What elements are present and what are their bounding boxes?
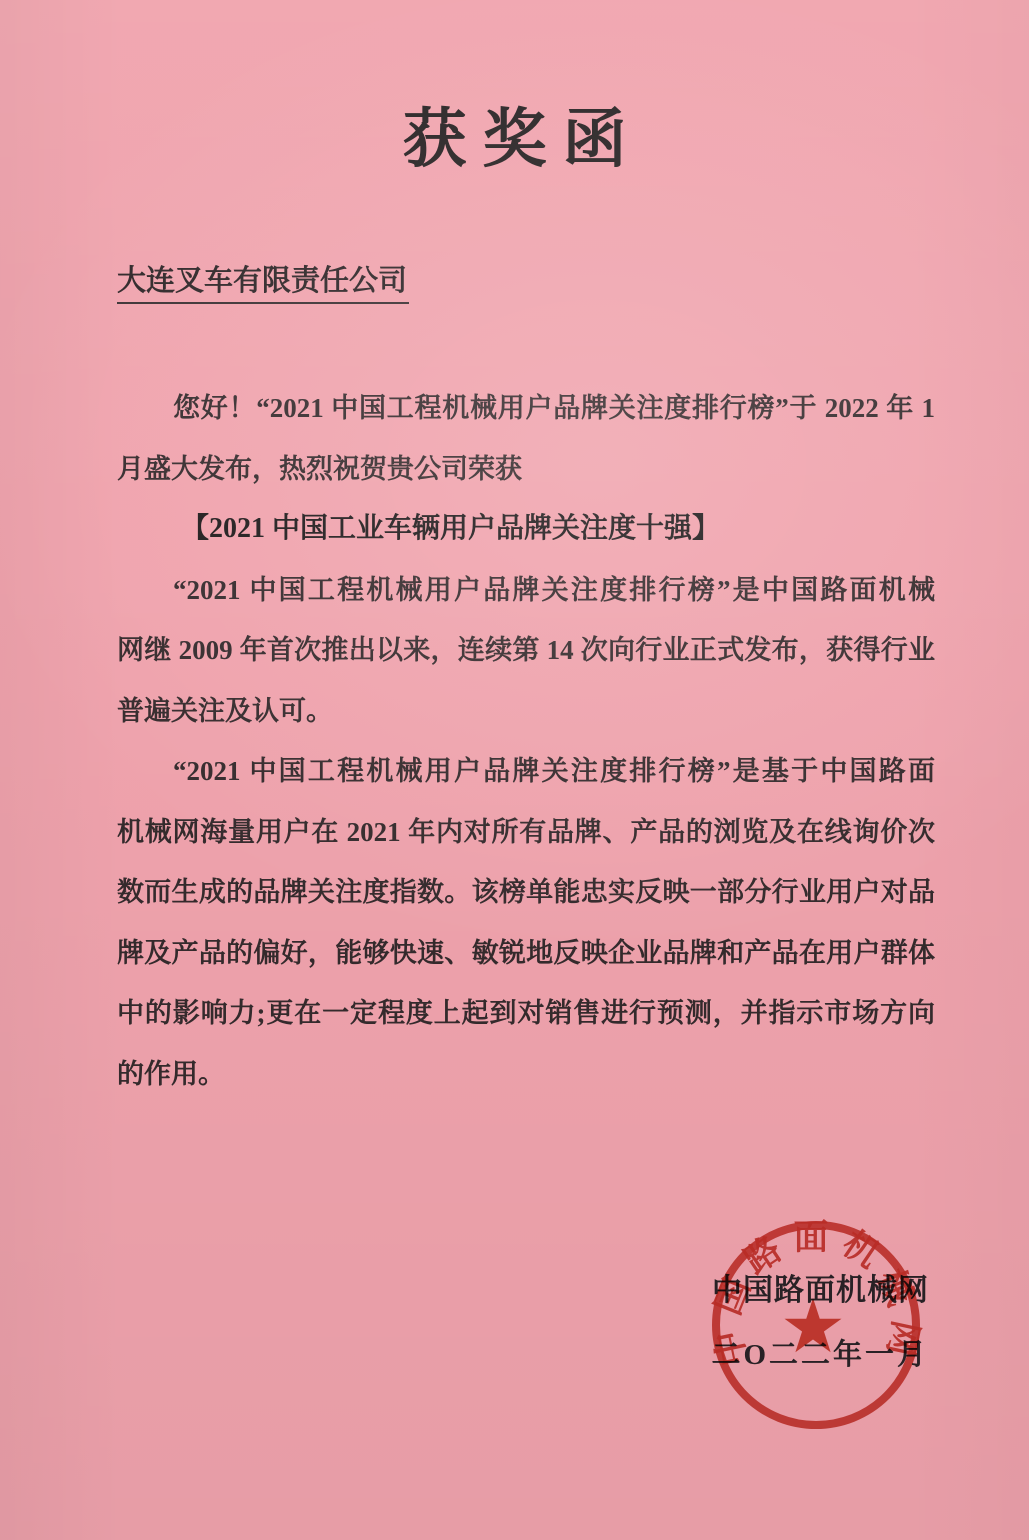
paragraph-2-line-1: “2021 中国工程机械用户品牌关注度排行榜”是中国路面机械 [117,560,935,621]
paragraph-2-line-3: 普遍关注及认可。 [117,681,935,742]
letter-body: 您好！“2021 中国工程机械用户品牌关注度排行榜”于 2022 年 1 月盛大… [117,378,935,1104]
paragraph-3-line-6: 的作用。 [117,1044,935,1105]
award-letter-page: 获奖函 大连叉车有限责任公司 您好！“2021 中国工程机械用户品牌关注度排行榜… [0,0,1029,1540]
star-icon [785,1298,842,1352]
letter-title: 获奖函 [0,88,1029,180]
recipient-company-name: 大连叉车有限责任公司 [117,258,409,304]
paragraph-3-line-2: 机械网海量用户在 2021 年内对所有品牌、产品的浏览及在线询价次 [117,802,935,863]
seal-arc-text: 中国路面机械网 [707,1218,926,1369]
paragraph-3-line-5: 中的影响力;更在一定程度上起到对销售进行预测，并指示市场方向 [117,983,935,1044]
seal-arc-text-holder: 中国路面机械网 [707,1218,926,1369]
paragraph-3-line-4: 牌及产品的偏好，能够快速、敏锐地反映企业品牌和产品在用户群体 [117,923,935,984]
official-seal-stamp: 中国路面机械网 [694,1203,938,1447]
paragraph-3-line-3: 数而生成的品牌关注度指数。该榜单能忠实反映一部分行业用户对品 [117,862,935,923]
paragraph-2-line-2: 网继 2009 年首次推出以来，连续第 14 次向行业正式发布，获得行业 [117,620,935,681]
paragraph-1-line-2: 月盛大发布，热烈祝贺贵公司荣获 [117,439,935,500]
recipient-line: 大连叉车有限责任公司 [117,258,409,304]
award-headline: 【2021 中国工业车辆用户品牌关注度十强】 [117,499,935,560]
paragraph-1-line-1: 您好！“2021 中国工程机械用户品牌关注度排行榜”于 2022 年 1 [117,378,935,439]
paragraph-3-line-1: “2021 中国工程机械用户品牌关注度排行榜”是基于中国路面 [117,741,935,802]
